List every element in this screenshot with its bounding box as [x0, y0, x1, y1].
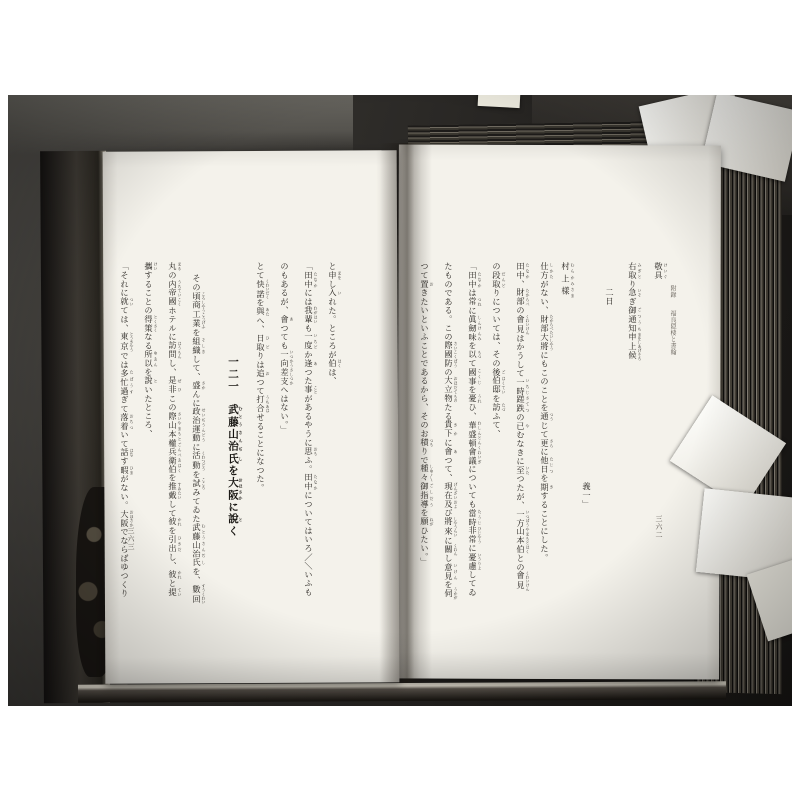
- book-photograph: 附錄福良隠棲と書翰 敬具けいぐ右取みぎとり急いそぎ御通知ごつうち申上候まをしあげ…: [8, 95, 792, 706]
- paper-slip: [478, 95, 521, 108]
- table-surface: [8, 95, 353, 155]
- body-column: 攜けいすることの得策とくさくなる所以ゆゑんを說といたところ、: [143, 262, 158, 582]
- running-head-title: 福良隠棲と書翰: [669, 310, 676, 356]
- page-stack-bottom-edge: [78, 681, 726, 702]
- body-column: つて置おきたいといふことであるから、そのお積つもりで種々しゆ〳〵御指導ごしだうを…: [419, 262, 434, 568]
- body-column: と申まをし入いれた。ところが伯はくは、: [327, 262, 342, 582]
- body-column: 田中たなか、財部たからべの會見くわいけんはかうして一時いちじ蹉跌さてつの已やむな…: [515, 262, 530, 568]
- body-column: たものである。この際さい國防こくばうの大立物おほだてものたる貴下きかに會あつて、…: [443, 262, 458, 568]
- section-heading: 一二一 武藤山治むとうさんぢ氏しを大阪おほさかに說とく: [227, 262, 243, 582]
- letter-line: 右取みぎとり急いそぎ御通知ごつうち申上候まをしあげそろ: [627, 262, 642, 568]
- page-number-left: 三六三: [126, 527, 136, 563]
- letter-signature: 義一」: [581, 262, 593, 568]
- body-column: 「田中たなかには我輩わがはいも一度いちどか逢あつた事ことがあるやうに思おもふ。田…: [303, 262, 318, 582]
- running-head: 附錄福良隠棲と書翰: [668, 285, 677, 455]
- letter-date: 二日: [604, 262, 616, 568]
- right-page-text: 敬具けいぐ右取みぎとり急いそぎ御通知ごつうち申上候まをしあげそろ二日義一」村上樣…: [418, 262, 668, 568]
- body-column: 仕方しかたがない、財部大將たからべたいしやうにもこのことを通つうじて更さらに他日…: [539, 262, 554, 568]
- body-column: 丸まるの内うち帝國ていこくホテルに訪問はうもんし、是非ぜひこの際さい山本權兵衛伯…: [167, 262, 182, 582]
- letter-addressee: 村上樣むらかみさま: [560, 262, 575, 568]
- running-head-label: 附錄: [669, 285, 676, 298]
- body-column: の段取だんどりについては、その後ご伯邸はくていを訪たづふて、: [491, 262, 506, 568]
- body-column: その頃ころ商工業しやうこうげふを組織そしきして、盛さかんに政治運動せいぢうんどう…: [191, 262, 206, 582]
- body-column: 「田中たなかは常つねに眞劒味しんけんみを以もつて國事こくじを憂うれひ、華盛頓會議…: [467, 262, 482, 568]
- body-column: のもあるが、會あつても一向いつかう差支さしつかへはない。」: [279, 262, 294, 582]
- body-column: とて快諾くわいだくを與あたへ、日取ひどりは追おつて打合うちあはせることになつた。: [255, 262, 270, 582]
- page-number-right: 三六二: [654, 515, 664, 551]
